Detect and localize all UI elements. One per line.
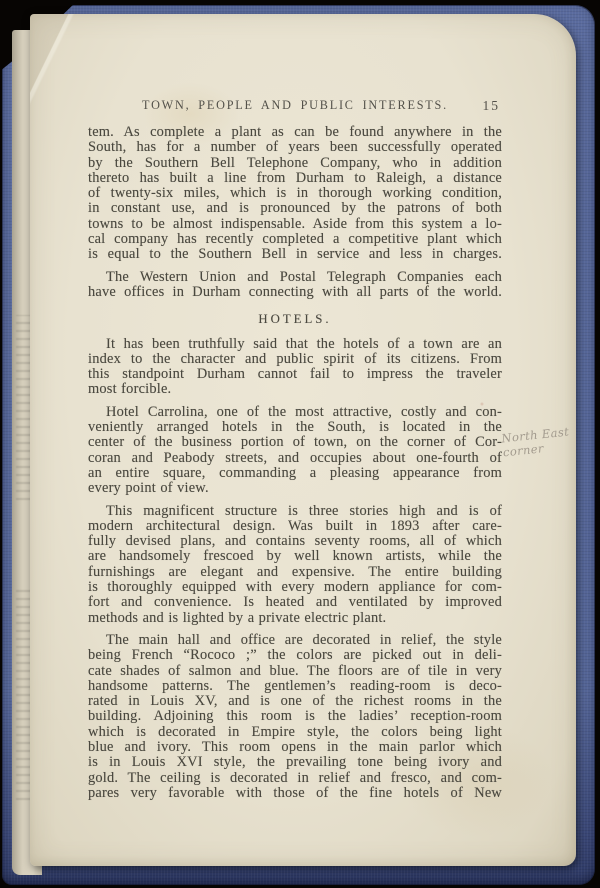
text-line: every point of view. [88, 481, 502, 496]
text-line: most forcible. [88, 382, 502, 397]
running-header-title: TOWN, PEOPLE AND PUBLIC INTERESTS. [142, 98, 448, 112]
text-line: fort and convenience. Is heated and vent… [88, 595, 502, 610]
photo-backdrop: TOWN, PEOPLE AND PUBLIC INTERESTS. 15 te… [0, 0, 600, 888]
text-line: are handsomely frescoed by well known ar… [88, 549, 502, 564]
paragraph: This magnificent structure is three stor… [88, 504, 502, 626]
text-line: handsome patterns. The gentlemen’s readi… [88, 679, 502, 694]
book-page: TOWN, PEOPLE AND PUBLIC INTERESTS. 15 te… [30, 14, 576, 866]
text-line: The main hall and office are decorated i… [88, 633, 502, 648]
text-line: center of the business portion of town, … [88, 435, 502, 450]
text-line: methods and is lighted by a private elec… [88, 611, 502, 626]
text-line: index to the character and public spirit… [88, 352, 502, 367]
text-line: in constant use, and is pronounced by th… [88, 201, 502, 216]
text-line: building. Adjoining this room is the lad… [88, 709, 502, 724]
paragraph: Hotel Carrolina, one of the most attract… [88, 405, 502, 497]
text-line: thereto has built a line from Durham to … [88, 171, 502, 186]
paragraph: The main hall and office are decorated i… [88, 633, 502, 801]
text-line: cate shades of salmon and blue. The floo… [88, 664, 502, 679]
text-line: tem. As complete a plant as can be found… [88, 125, 502, 140]
page-number: 15 [483, 98, 501, 114]
text-line: fully devised plans, and contains sevent… [88, 534, 502, 549]
text-line: rated in Louis XV, and is one of the ric… [88, 694, 502, 709]
text-line: of twenty-six miles, which is in thoroug… [88, 186, 502, 201]
text-line: pares very favorable with those of the f… [88, 786, 502, 801]
text-line: gold. The ceiling is decorated in relief… [88, 771, 502, 786]
text-line: this standpoint Durham cannot fail to im… [88, 367, 502, 382]
paragraph: The Western Union and Postal Telegraph C… [88, 270, 502, 301]
text-line: coran and Peabody streets, and occupies … [88, 451, 502, 466]
text-line: is thoroughly equipped with every modern… [88, 580, 502, 595]
text-line: South, has for a number of years been su… [88, 140, 502, 155]
text-line: is equal to the Southern Bell in service… [88, 247, 502, 262]
text-line: is in Louis XVI style, the prevailing to… [88, 755, 502, 770]
text-line: being French “Rococo ;” the colors are p… [88, 648, 502, 663]
text-line: It has been truthfully said that the hot… [88, 337, 502, 352]
text-line: which is decorated in Empire style, the … [88, 725, 502, 740]
text-line: by the Southern Bell Telephone Company, … [88, 156, 502, 171]
body-text: tem. As complete a plant as can be found… [88, 125, 502, 808]
paragraph: It has been truthfully said that the hot… [88, 337, 502, 398]
text-line: modern architectural design. Was built i… [88, 519, 502, 534]
text-line: towns to be almost indispensable. Aside … [88, 217, 502, 232]
text-line: an entire square, commanding a pleasing … [88, 466, 502, 481]
text-line: have offices in Durham connecting with a… [88, 285, 502, 300]
section-heading: HOTELS. [88, 312, 502, 327]
text-line: veniently arranged hotels in the South, … [88, 420, 502, 435]
text-line: cal company has recently completed a com… [88, 232, 502, 247]
handwritten-margin-note: North East corner [501, 423, 589, 460]
running-header: TOWN, PEOPLE AND PUBLIC INTERESTS. 15 [88, 98, 502, 114]
text-line: Hotel Carrolina, one of the most attract… [88, 405, 502, 420]
text-line: The Western Union and Postal Telegraph C… [88, 270, 502, 285]
text-line: blue and ivory. This room opens in the m… [88, 740, 502, 755]
text-line: This magnificent structure is three stor… [88, 504, 502, 519]
paragraph: tem. As complete a plant as can be found… [88, 125, 502, 263]
text-line: furnishings are elegant and expensive. T… [88, 565, 502, 580]
